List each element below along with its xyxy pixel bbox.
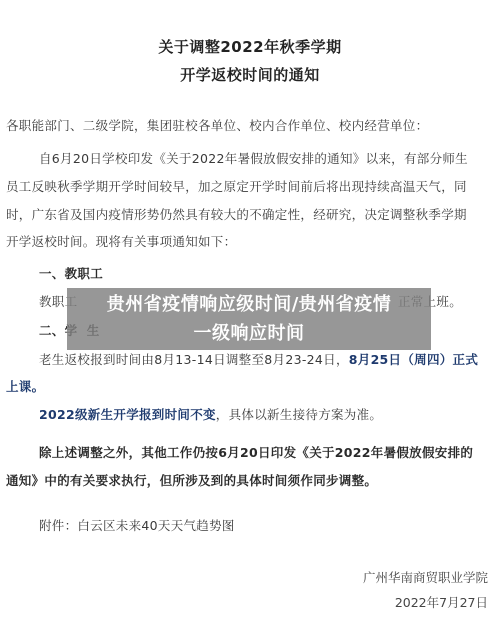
signature-date: 2022年7月27日 [395,593,488,611]
caption-overlay-banner: 贵州省疫情响应级时间/贵州省疫情 一级响应时间 [67,288,431,350]
document-title-line1: 关于调整2022年秋季学期 [0,36,500,57]
intro-line-2: 员工反映秋季学期开学时间较早，加之原定开学时间前后将出现持续高温天气，同 [6,177,467,195]
intro-line-4: 开学返校时间。现将有关事项通知如下： [6,232,236,250]
returning-students-text: 老生返校报到时间由8月13-14日调整至8月23-24日， [39,352,349,367]
class-start-date-highlight: 8月25日（周四）正式 [349,352,478,367]
returning-students-line1: 老生返校报到时间由8月13-14日调整至8月23-24日，8月25日（周四）正式 [39,350,478,368]
intro-line-3: 时，广东省及国内疫情形势仍然具有较大的不确定性，经研究，决定调整秋季学期 [6,205,467,223]
returning-students-line2: 上课。 [6,377,44,395]
notice-document: 关于调整2022年秋季学期 开学返校时间的通知 各职能部门、二级学院，集团驻校各… [0,0,500,640]
freshmen-text: ，具体以新生接待方案为准。 [216,407,382,422]
attachment-line: 附件：白云区未来40天天气趋势图 [39,516,235,534]
closing-line-1: 除上述调整之外，其他工作仍按6月20日印发《关于2022年暑假放假安排的 [39,443,473,461]
overlay-caption-line2: 一级响应时间 [67,319,431,348]
freshmen-highlight: 2022级新生开学报到时间不变 [39,407,216,422]
freshmen-line: 2022级新生开学报到时间不变，具体以新生接待方案为准。 [39,405,382,423]
signature-org: 广州华南商贸职业学院 [363,568,488,586]
closing-line-2: 通知》中的有关要求执行，但所涉及到的具体时间须作同步调整。 [6,471,377,489]
addressee: 各职能部门、二级学院，集团驻校各单位、校内合作单位、校内经营单位： [6,116,428,134]
document-title-line2: 开学返校时间的通知 [0,64,500,85]
intro-line-1: 自6月20日学校印发《关于2022年暑假放假安排的通知》以来，有部分师生 [39,149,468,167]
overlay-caption-line1: 贵州省疫情响应级时间/贵州省疫情 [67,290,431,319]
section-heading-staff: 一、教职工 [39,264,103,282]
